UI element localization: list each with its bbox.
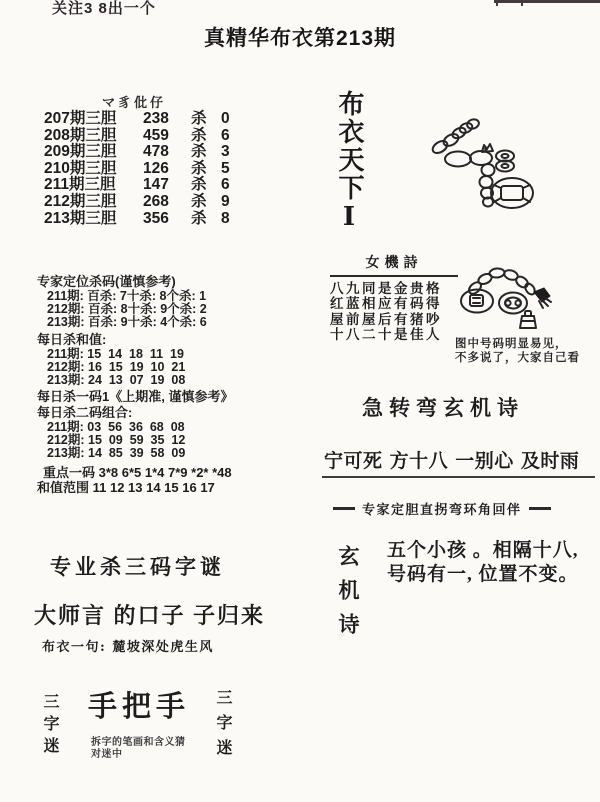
section-title: 每日杀和值: (37, 329, 185, 348)
caption-line: 不多说了，大家自己看 (455, 352, 580, 366)
table-row: 207期三胆 238 杀 0 (44, 111, 230, 128)
corner-note: 关注3 8出一个 (52, 0, 162, 17)
master-riddle-line: 大师言 的口子 子归来 (34, 599, 265, 630)
dan-kill-label: 杀 (191, 161, 221, 178)
dan-kill-label: 杀 (191, 144, 221, 161)
divider-dash (333, 507, 355, 510)
diagram-caption: 图中号码明显易见， 不多说了，大家自己看 (455, 338, 580, 365)
table-row: 209期三胆 478 杀 3 (44, 144, 230, 161)
dan-issue: 211期三胆 (44, 177, 143, 194)
sum-range-line: 和值范围 11 12 13 14 15 16 17 (37, 477, 215, 496)
turn-poem-line: 宁可死 方十八 一别心 及时雨 (322, 446, 595, 478)
dan-kill-digit: 3 (221, 144, 230, 161)
kill-two-section: 每日杀二码组合: 211期: 03 56 36 68 08 212期: 15 0… (37, 402, 185, 461)
dan-value: 356 (143, 211, 191, 228)
riddle-footnote: 拆字的笔画和含义猜 对迷中 (91, 737, 186, 761)
dan-kill-label: 杀 (191, 211, 221, 228)
buyi-sentence: 布衣一句: 麓坡深处虎生风 (42, 636, 214, 655)
dan-value: 126 (143, 161, 191, 178)
footnote-line: 对迷中 (91, 749, 186, 761)
dan-kill-digit: 9 (221, 194, 230, 211)
dan-issue: 207期三胆 (44, 111, 143, 128)
three-char-riddle-right-label: 三字迷 (211, 689, 234, 764)
dan-issue: 213期三胆 (44, 211, 143, 228)
section-title: 专家定位杀码(谨慎参考) (37, 271, 207, 290)
dan-kill-label: 杀 (191, 194, 221, 211)
section-title: 每日杀二码组合: (37, 402, 185, 421)
dan-value: 238 (143, 111, 191, 128)
kill-sum-section: 每日杀和值: 211期: 15 14 18 11 19 212期: 16 15 … (37, 329, 185, 388)
dan-issue: 208期三胆 (44, 128, 143, 145)
dan-kill-label: 杀 (191, 177, 221, 194)
dan-kill-digit: 5 (221, 161, 230, 178)
caption-line: 图中号码明显易见， (455, 338, 580, 352)
page-title: 真精华布衣第213期 (0, 22, 600, 52)
corner-box-edge (494, 0, 600, 3)
corner-box-tick (496, 0, 498, 6)
divider-note: 专家定胆直拐弯环角回伴 (362, 499, 522, 518)
footnote-line: 拆字的笔画和含义猜 (91, 737, 186, 749)
xuanji-poem-text: 五个小孩 。相隔十八, 号码有一, 位置不变。 (387, 539, 579, 586)
corner-box-tick (521, 0, 523, 6)
three-char-riddle-answer: 手把手 (88, 684, 190, 725)
dan-kill-digit: 0 (221, 111, 230, 128)
dan-value: 459 (143, 128, 191, 145)
table-row: 211期三胆 147 杀 6 (44, 177, 230, 194)
divider-dash (529, 507, 551, 510)
dan-issue: 209期三胆 (44, 144, 143, 161)
bead-arch-coins-tassel-drawing (436, 254, 564, 342)
dan-list: 207期三胆 238 杀 0 208期三胆 459 杀 6 209期三胆 478… (44, 111, 230, 227)
expert-divider: 专家定胆直拐弯环角回伴 (333, 499, 583, 518)
table-row: 210期三胆 126 杀 5 (44, 161, 230, 178)
corner-note-text: 关注3 8出一个 (52, 0, 162, 17)
dan-kill-label: 杀 (191, 128, 221, 145)
dan-kill-digit: 8 (221, 211, 230, 228)
bead-chain-coins-drawing (398, 106, 563, 234)
xuanji-poem-vertical-title: 玄机诗 (333, 545, 363, 647)
poem-line: 五个小孩 。相隔十八, (387, 539, 579, 563)
poem-line: 号码有一, 位置不变。 (387, 563, 579, 587)
dan-issue: 212期三胆 (44, 194, 143, 211)
list-item: 213期: 14 85 39 58 09 (37, 447, 185, 460)
table-row: 212期三胆 268 杀 9 (44, 194, 230, 211)
dan-kill-label: 杀 (191, 111, 221, 128)
buyi-tianxia-vertical-title: 布衣天下Ⅰ (331, 90, 368, 234)
three-char-riddle-left-label: 三字迷 (38, 693, 61, 759)
table-row: 213期三胆 356 杀 8 (44, 211, 230, 228)
dan-issue: 210期三胆 (44, 161, 143, 178)
dan-kill-digit: 6 (221, 177, 230, 194)
dan-kill-digit: 6 (221, 128, 230, 145)
table-row: 208期三胆 459 杀 6 (44, 128, 230, 145)
turn-poem-title: 急转弯玄机诗 (362, 392, 524, 422)
dan-value: 268 (143, 194, 191, 211)
list-item: 213期: 百杀: 9十杀: 4个杀: 6 (37, 316, 207, 329)
dan-value: 147 (143, 177, 191, 194)
dan-value: 478 (143, 144, 191, 161)
dan-list-header: マ豸仳仔 (102, 92, 166, 111)
lottery-sheet-page: 关注3 8出一个 真精华布衣第213期 マ豸仳仔 207期三胆 238 杀 0 … (0, 0, 600, 802)
kill-three-codes-title: 专业杀三码字谜 (50, 551, 225, 581)
kill-position-section: 专家定位杀码(谨慎参考) 211期: 百杀: 7十杀: 8个杀: 1 212期:… (37, 271, 207, 330)
